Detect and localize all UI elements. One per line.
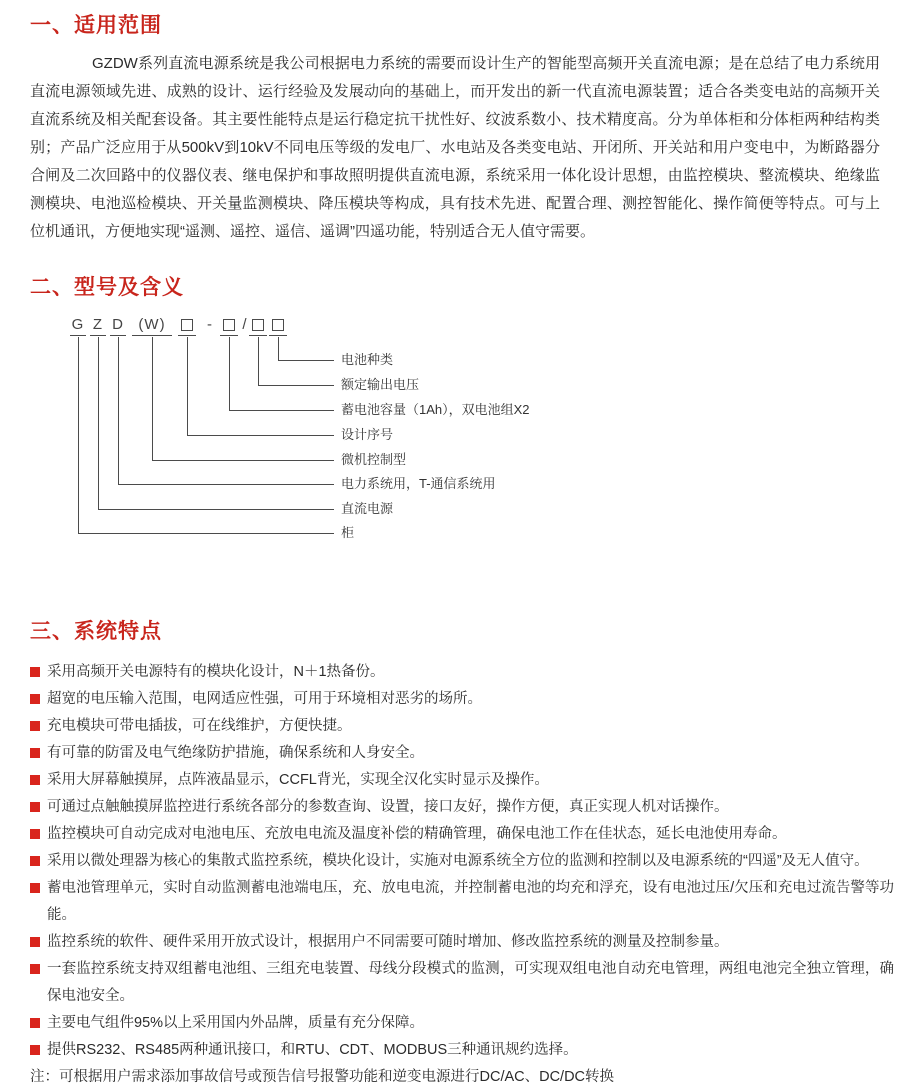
model-label: 设计序号 [341,425,393,445]
feature-item-text: 蓄电池管理单元，实时自动监测蓄电池端电压，充、放电电流，并控制蓄电池的均充和浮充… [47,880,894,923]
feature-item-text: 提供RS232、RS485两种通讯接口，和RTU、CDT、MODBUS三种通讯规… [47,1042,578,1058]
feature-item: 监控系统的软件、硬件采用开放式设计，根据用户不同需要可随时增加、修改监控系统的测… [30,929,894,956]
feature-item-text: 采用大屏幕触摸屏，点阵液晶显示，CCFL背光，实现全汉化实时显示及操作。 [47,772,549,788]
red-square-bullet-icon [30,937,40,947]
feature-item: 有可靠的防雷及电气绝缘防护措施，确保系统和人身安全。 [30,740,894,767]
section-2-heading: 二、型号及含义 [30,274,892,301]
feature-item: 可通过点触触摸屏监控进行系统各部分的参数查询、设置，接口友好，操作方便，真正实现… [30,794,894,821]
section-scope: 一、适用范围 GZDW系列直流电源系统是我公司根据电力系统的需要而设计生产的智能… [30,12,880,246]
red-square-bullet-icon [30,802,40,812]
feature-item-text: 充电模块可带电插拔，可在线维护，方便快捷。 [47,718,352,734]
red-square-bullet-icon [30,694,40,704]
model-code-underline [269,335,287,336]
feature-list: 采用高频开关电源特有的模块化设计，N＋1热备份。超宽的电压输入范围，电网适应性强… [30,659,894,1064]
feature-item: 采用大屏幕触摸屏，点阵液晶显示，CCFL背光，实现全汉化实时显示及操作。 [30,767,894,794]
model-code-diagram: GZD(W)-/电池种类额定输出电压蓄电池容量（1Ah），双电池组X2设计序号微… [30,312,892,554]
model-code-underline [110,335,126,336]
section-1-paragraph: GZDW系列直流电源系统是我公司根据电力系统的需要而设计生产的智能型高频开关直流… [30,50,880,246]
model-label: 蓄电池容量（1Ah），双电池组X2 [341,400,530,420]
feature-item: 监控模块可自动完成对电池电压、充放电电流及温度补偿的精确管理，确保电池工作在佳状… [30,821,894,848]
model-code-box [272,319,284,331]
model-code-underline [132,335,172,336]
feature-item-text: 主要电气组件95%以上采用国内外品牌，质量有充分保障。 [47,1015,424,1031]
model-code-underline [90,335,106,336]
feature-item-text: 采用以微处理器为核心的集散式监控系统，模块化设计，实施对电源系统全方位的监测和控… [47,853,869,869]
feature-item: 充电模块可带电插拔，可在线维护，方便快捷。 [30,713,894,740]
model-code-char: (W) [132,316,172,334]
red-square-bullet-icon [30,721,40,731]
feature-item: 采用高频开关电源特有的模块化设计，N＋1热备份。 [30,659,894,686]
connector-line [78,337,334,534]
feature-item: 蓄电池管理单元，实时自动监测蓄电池端电压，充、放电电流，并控制蓄电池的均充和浮充… [30,875,894,929]
feature-item-text: 采用高频开关电源特有的模块化设计，N＋1热备份。 [47,664,385,680]
feature-item-text: 可通过点触触摸屏监控进行系统各部分的参数查询、设置，接口友好，操作方便，真正实现… [47,799,729,815]
feature-item: 超宽的电压输入范围，电网适应性强，可用于环境相对恶劣的场所。 [30,686,894,713]
red-square-bullet-icon [30,883,40,893]
red-square-bullet-icon [30,748,40,758]
red-square-bullet-icon [30,667,40,677]
model-code-underline [70,335,86,336]
red-square-bullet-icon [30,1018,40,1028]
section-1-heading: 一、适用范围 [30,12,880,39]
feature-item: 主要电气组件95%以上采用国内外品牌，质量有充分保障。 [30,1010,894,1037]
feature-item-text: 监控系统的软件、硬件采用开放式设计，根据用户不同需要可随时增加、修改监控系统的测… [47,934,729,950]
feature-item-text: 有可靠的防雷及电气绝缘防护措施，确保系统和人身安全。 [47,745,424,761]
model-code-underline [178,335,196,336]
model-code-underline [220,335,238,336]
model-label: 柜 [341,523,354,543]
feature-item-text: 监控模块可自动完成对电池电压、充放电电流及温度补偿的精确管理，确保电池工作在佳状… [47,826,787,842]
model-label: 电力系统用，T-通信系统用 [341,474,496,494]
model-label: 微机控制型 [341,450,406,470]
feature-item-text: 一套监控系统支持双组蓄电池组、三组充电装置、母线分段模式的监测，可实现双组电池自… [47,961,894,1004]
feature-item: 提供RS232、RS485两种通讯接口，和RTU、CDT、MODBUS三种通讯规… [30,1037,894,1064]
section-model-meaning: 二、型号及含义 GZD(W)-/电池种类额定输出电压蓄电池容量（1Ah），双电池… [30,274,892,554]
feature-item: 采用以微处理器为核心的集散式监控系统，模块化设计，实施对电源系统全方位的监测和控… [30,848,894,875]
red-square-bullet-icon [30,1045,40,1055]
note-line: 注：可根据用户需求添加事故信号或预告信号报警功能和逆变电源进行DC/AC、DC/… [30,1064,894,1085]
section-system-features: 三、系统特点 采用高频开关电源特有的模块化设计，N＋1热备份。超宽的电压输入范围… [30,618,894,1085]
model-code-box [252,319,264,331]
red-square-bullet-icon [30,775,40,785]
model-label: 电池种类 [341,350,393,370]
red-square-bullet-icon [30,964,40,974]
red-square-bullet-icon [30,829,40,839]
model-label: 直流电源 [341,499,393,519]
feature-item: 一套监控系统支持双组蓄电池组、三组充电装置、母线分段模式的监测，可实现双组电池自… [30,956,894,1010]
model-code-underline [249,335,267,336]
model-label: 额定输出电压 [341,375,419,395]
feature-item-text: 超宽的电压输入范围，电网适应性强，可用于环境相对恶劣的场所。 [47,691,482,707]
red-square-bullet-icon [30,856,40,866]
section-3-heading: 三、系统特点 [30,618,894,645]
